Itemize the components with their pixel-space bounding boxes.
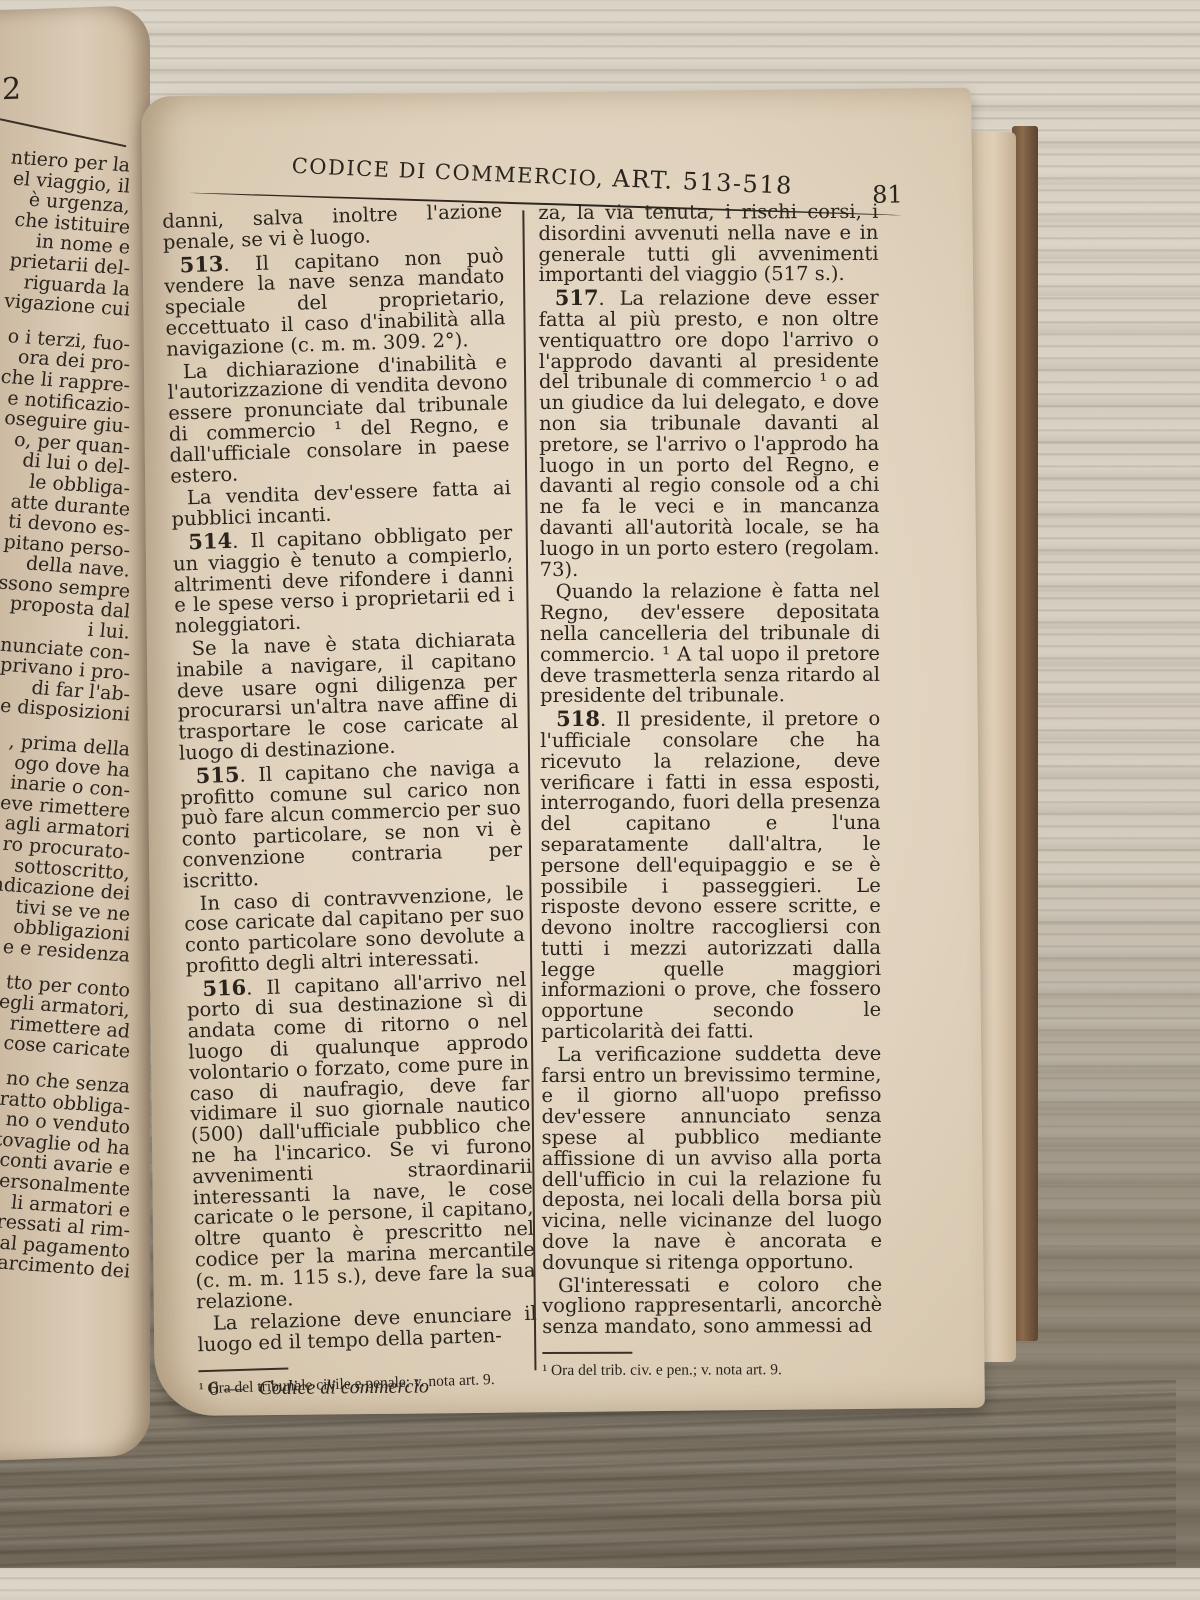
facing-page-left: 2 ntiero per lael viaggio, ilè urgenza,c… [0,5,150,1461]
article-range: ART. 513-518 [612,164,793,200]
signature-title: Codice di commercio [259,1375,430,1399]
footnote: ¹ Ora del trib. civ. e pen.; v. nota art… [542,1361,882,1379]
paragraph: In caso di contravvenzione, le cose cari… [183,883,525,977]
signature-mark: 6 — [209,1377,244,1399]
paragraph: Gl'interessati e coloro che vogliono rap… [542,1275,882,1339]
right-column: za, la via tenuta, i rischi corsi, i dis… [538,202,882,1379]
paragraph-text: Gl'interessati e coloro che vogliono rap… [542,1273,882,1339]
paragraph-text: . Il capitano all'arrivo nel porto di su… [187,967,536,1312]
paragraph-text: La dichiarazione d'inabilità e l'autoriz… [167,350,510,488]
paragraph: La verificazione suddetta deve farsi ent… [541,1044,882,1274]
paragraph: Se la nave è stata dichiarata inabile a … [175,629,519,764]
paragraph-text: La relazione deve enunciare il luogo ed … [197,1302,537,1356]
paragraph-text: . Il presidente, il pretore o l'ufficial… [540,707,881,1043]
footnote-rule [542,1352,632,1354]
paragraph-text: Quando la relazione è fatta nel Regno, d… [540,579,880,707]
paragraph: za, la via tenuta, i rischi corsi, i dis… [538,202,878,286]
article-515: 515. Il capitano che naviga a profitto c… [179,756,523,892]
footnote-rule [198,1367,288,1372]
running-title: CODICE DI COMMERCIO, ART. 513-518 [291,151,793,200]
article-516: 516. Il capitano all'arrivo nel porto di… [186,968,536,1312]
code-title: CODICE DI COMMERCIO, [291,154,604,191]
paragraph-text: In caso di contravvenzione, le cose cari… [184,881,525,977]
article-number: 517 [555,285,599,310]
left-column: danni, salva inoltre l'azione penale, se… [162,201,539,1397]
article-number: 518 [556,706,600,731]
paragraph-text: . La relazione deve esser fatta al più p… [539,286,880,581]
paragraph: La dichiarazione d'inabilità e l'autoriz… [167,352,511,487]
page-81: CODICE DI COMMERCIO, ART. 513-518 81 dan… [141,88,985,1417]
left-page-header-rule [0,118,126,147]
article-518: 518. Il presidente, il pretore o l'uffic… [540,708,881,1043]
left-page-text-fragments: ntiero per lael viaggio, ilè urgenza,che… [0,156,130,1288]
paragraph-text: La verificazione suddetta deve farsi ent… [541,1042,882,1274]
running-header: CODICE DI COMMERCIO, ART. 513-518 81 [182,138,903,206]
paragraph: La relazione deve enunciare il luogo ed … [197,1304,538,1356]
paragraph-text: Se la nave è stata dichiarata inabile a … [176,627,519,765]
article-513: 513. Il capitano non può vendere la nave… [163,245,506,361]
paragraph: Quando la relazione è fatta nel Regno, d… [540,581,880,707]
article-517: 517. La relazione deve esser fatta al pi… [539,287,880,580]
signature-line: 6 — Codice di commercio [209,1375,430,1400]
paragraph-text: za, la via tenuta, i rischi corsi, i dis… [538,200,878,287]
left-page-number: 2 [2,72,21,108]
article-514: 514. Il capitano obbligato per un viaggi… [172,522,515,638]
